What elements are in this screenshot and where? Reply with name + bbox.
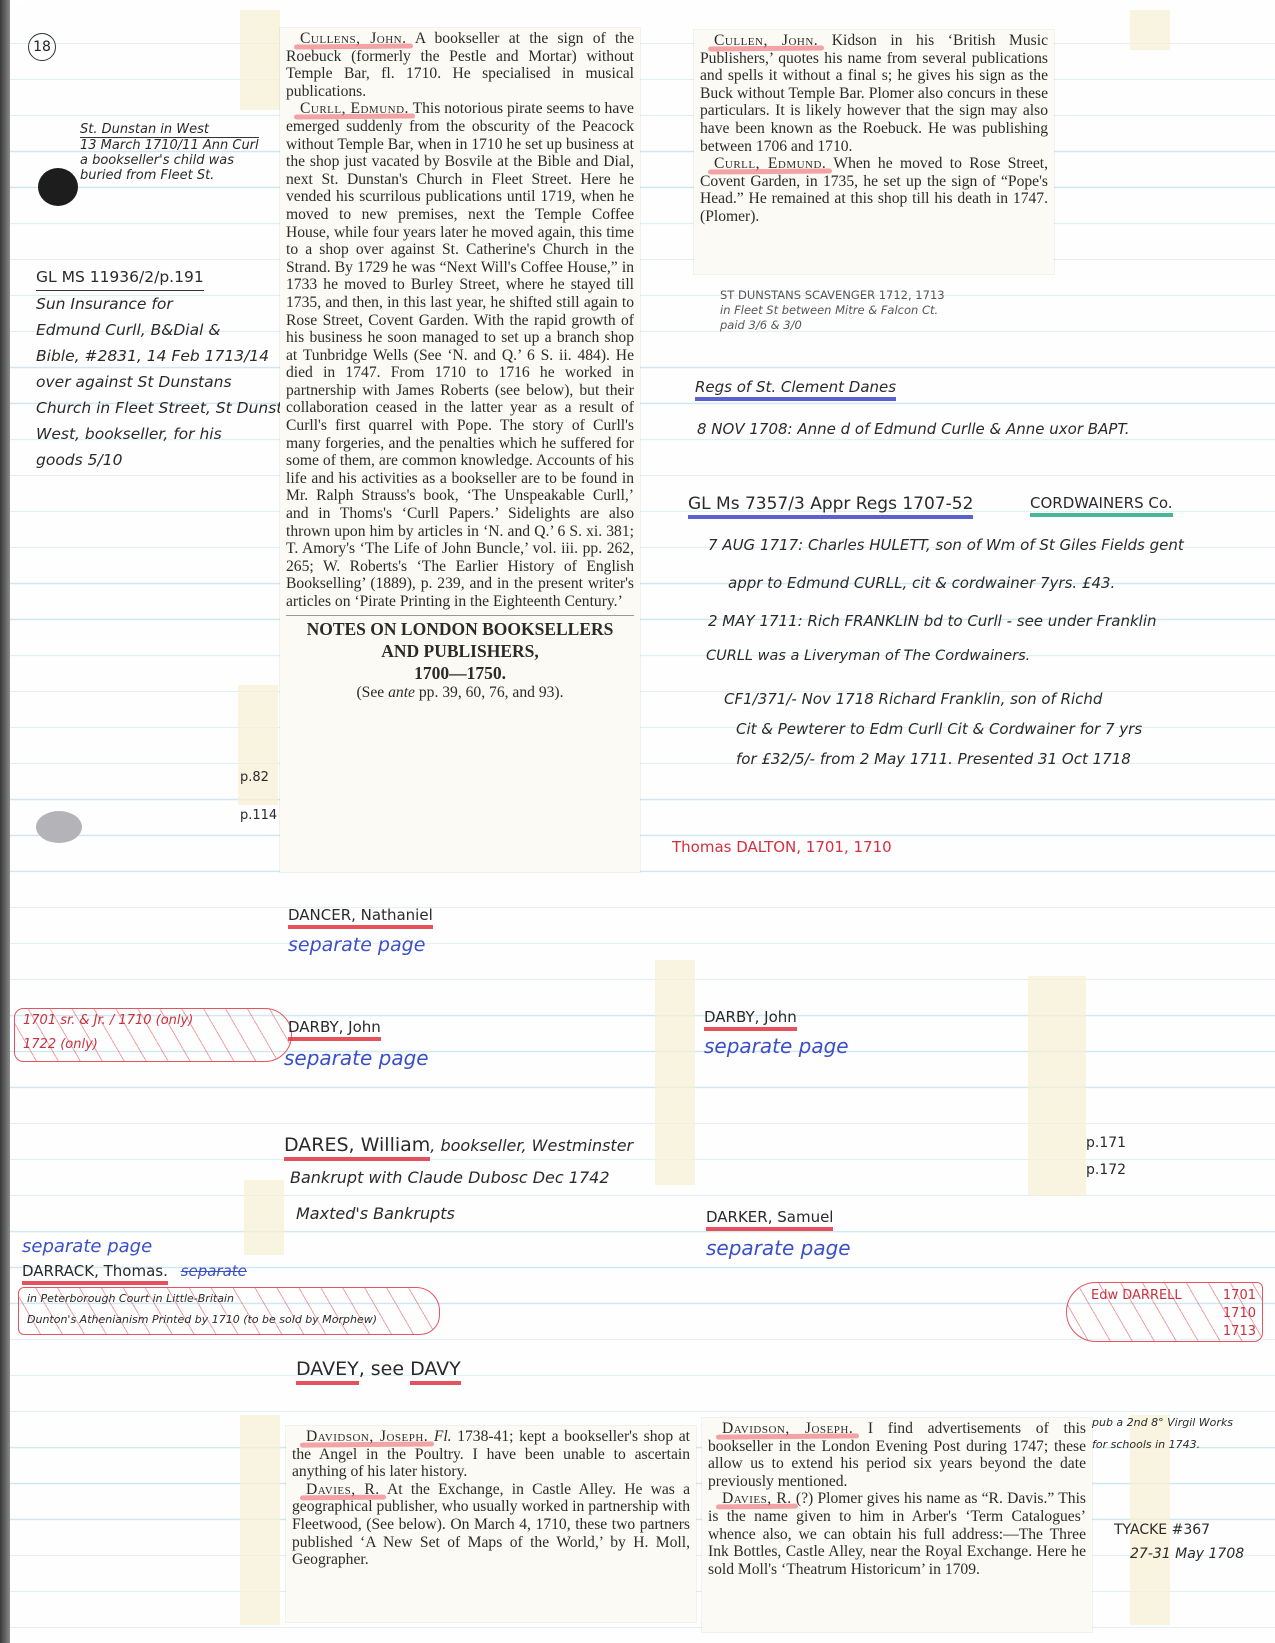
note-line: 13 March 1710/11 Ann Curl [80, 138, 259, 153]
entry-darby-note: separate page [284, 1046, 429, 1070]
note-line: 1722 (only) [23, 1033, 291, 1057]
tape-strip [240, 10, 280, 110]
entry-name: Davidson, Joseph. [722, 1420, 853, 1437]
entry-darby-right-note: separate page [704, 1034, 849, 1058]
see-ante: (See ante pp. 39, 60, 76, and 93). [286, 684, 634, 702]
entry-darby-name: DARBY, John [288, 1018, 381, 1041]
entry-curll-2: Curll, Edmund. When he moved to Rose Str… [700, 155, 1048, 225]
entry-name: Cullen, John. [714, 32, 818, 49]
entry-davey: DAVEY, see DAVY [296, 1358, 461, 1380]
virgil-note: pub a 2nd 8° Virgil Works for schools in… [1092, 1412, 1233, 1456]
note-line: goods 5/10 [36, 447, 282, 473]
note-line: Sun Insurance for [36, 291, 282, 317]
tape-strip [238, 685, 278, 805]
note-line: in Fleet St between Mitre & Falcon Ct. [720, 303, 945, 318]
heading-line: AND PUBLISHERS, [286, 640, 634, 662]
scavenger-note: ST DUNSTANS SCAVENGER 1712, 1713 in Flee… [720, 288, 945, 333]
clipping-davidson-left: Davidson, Joseph. Fl. 1738-41; kept a bo… [286, 1426, 696, 1622]
note-line: 27-31 May 1708 [1130, 1542, 1244, 1566]
entry-davidson: Davidson, Joseph. Fl. 1738-41; kept a bo… [292, 1428, 690, 1481]
see-text: , see [359, 1358, 410, 1380]
appr-line: CURLL was a Liveryman of The Cordwainers… [706, 648, 1030, 664]
entry-name: Cullens, John. [300, 30, 407, 47]
page-number: 18 [28, 33, 56, 61]
entry-dares-suffix: , bookseller, Westminster [430, 1136, 633, 1155]
appr-line: appr to Edmund CURLL, cit & cordwainer 7… [728, 574, 1115, 592]
burial-note: St. Dunstan in West 13 March 1710/11 Ann… [80, 122, 259, 183]
note-line: buried from Fleet St. [80, 168, 259, 183]
appr-heading: GL Ms 7357/3 Appr Regs 1707-52 [688, 494, 973, 519]
page-ref: p.82 [240, 770, 269, 785]
note-line: Dunton's Athenianism Printed by 1710 (to… [27, 1309, 439, 1330]
dares-line: Bankrupt with Claude Dubosc Dec 1742 [290, 1168, 610, 1187]
tyacke-note: TYACKE #367 27-31 May 1708 [1114, 1518, 1244, 1566]
entry-name: Davies, R. [722, 1490, 792, 1507]
entry-cullens: Cullens, John. A bookseller at the sign … [286, 30, 634, 100]
note-line: Bible, #2831, 14 Feb 1713/14 [36, 343, 282, 369]
company-label: CORDWAINERS Co. [1030, 494, 1173, 517]
heading-line: 1700—1750. [286, 662, 634, 684]
burial-note-heading: St. Dunstan in West [80, 122, 259, 138]
note-line: 1701 sr. & Jr. / 1710 (only) [23, 1009, 291, 1033]
entry-name: Curll, Edmund. [714, 155, 826, 172]
entry-darrack-name: DARRACK, Thomas. [22, 1262, 168, 1285]
appr-line: 7 AUG 1717: Charles HULETT, son of Wm of… [708, 536, 1184, 554]
punch-hole [38, 168, 78, 206]
note-line: Cit & Pewterer to Edm Curll Cit & Cordwa… [736, 714, 1142, 744]
note-line: over against St Dunstans [36, 369, 282, 395]
section-heading: NOTES ON LONDON BOOKSELLERS AND PUBLISHE… [286, 615, 634, 702]
see-ante-prefix: (See [356, 684, 388, 701]
clipping-curll-main: Cullens, John. A bookseller at the sign … [280, 28, 640, 872]
entry-name: Davies, R. [306, 1481, 380, 1498]
entry-dares: DARES, William, bookseller, Westminster [284, 1134, 633, 1156]
entry-name: Curll, Edmund. [300, 100, 409, 117]
notebook-page [10, 0, 1275, 1643]
note-line: Church in Fleet Street, St Dunst [36, 395, 282, 421]
tape-strip [244, 1180, 284, 1255]
darrell-year: 1713 [1223, 1323, 1256, 1341]
regs-entry: 8 NOV 1708: Anne d of Edmund Curlle & An… [697, 420, 1130, 438]
clipping-cullen: Cullen, John. Kidson in his ‘British Mus… [694, 30, 1054, 274]
note-line: for schools in 1743. [1092, 1434, 1233, 1456]
entry-text: This notorious pirate seems to have emer… [286, 100, 634, 610]
note-line: West, bookseller, for his [36, 421, 282, 447]
darby-hatched-note: 1701 sr. & Jr. / 1710 (only) 1722 (only) [14, 1008, 292, 1062]
tape-strip [1130, 10, 1170, 50]
darrell-year: 1710 [1223, 1305, 1256, 1323]
punch-hole [36, 811, 82, 843]
insurance-note: GL MS 11936/2/p.191 Sun Insurance for Ed… [36, 264, 282, 473]
page-ref: p.171 [1086, 1135, 1126, 1151]
darrack-hatched-note: in Peterborough Court in Little-Britain … [18, 1287, 440, 1335]
entry-davies: Davies, R. At the Exchange, in Castle Al… [292, 1481, 690, 1569]
entry-davies-2: Davies, R. (?) Plomer gives his name as … [708, 1490, 1086, 1578]
entry-davidson-2: Davidson, Joseph. I find advertisements … [708, 1420, 1086, 1490]
note-line: paid 3/6 & 3/0 [720, 318, 945, 333]
see-ante-italic: ante [388, 684, 415, 701]
note-line: in Peterborough Court in Little-Britain [27, 1288, 439, 1309]
appr-line: 2 MAY 1711: Rich FRANKLIN bd to Curll - … [708, 612, 1157, 630]
tape-strip [1028, 976, 1086, 1196]
note-line: ST DUNSTANS SCAVENGER 1712, 1713 [720, 288, 945, 303]
dalton-note: Thomas DALTON, 1701, 1710 [672, 838, 892, 856]
see-ante-suffix: pp. 39, 60, 76, and 93). [415, 684, 564, 701]
entry-davey-target: DAVY [410, 1358, 461, 1385]
note-line: for £32/5/- from 2 May 1711. Presented 3… [736, 744, 1142, 774]
entry-curll: Curll, Edmund. This notorious pirate see… [286, 100, 634, 610]
entry-dancer-name: DANCER, Nathaniel [288, 906, 433, 929]
page-ref: p.172 [1086, 1162, 1126, 1178]
entry-darker-note: separate page [706, 1236, 851, 1260]
note-line: a bookseller's child was [80, 153, 259, 168]
note-line: Edmund Curll, B&Dial & [36, 317, 282, 343]
entry-cullen: Cullen, John. Kidson in his ‘British Mus… [700, 32, 1048, 155]
entry-dancer-note: separate page [288, 934, 425, 956]
note-line: CF1/371/- Nov 1718 Richard Franklin, son… [724, 684, 1142, 714]
regs-heading: Regs of St. Clement Danes [695, 378, 896, 401]
page-ref: p.114 [240, 808, 277, 823]
tape-strip [240, 1415, 280, 1625]
note-line: pub a 2nd 8° Virgil Works [1092, 1412, 1233, 1434]
cf-note: CF1/371/- Nov 1718 Richard Franklin, son… [724, 684, 1142, 774]
struck-text: separate [181, 1262, 247, 1280]
darrell-name: Edw DARRELL [1091, 1287, 1182, 1305]
darrack-note-above: separate page [22, 1236, 152, 1257]
binder-edge [0, 0, 10, 1643]
entry-darker-name: DARKER, Samuel [706, 1208, 833, 1231]
entry-darrack: DARRACK, Thomas. separate [22, 1262, 247, 1280]
entry-name: Davidson, Joseph. [306, 1428, 428, 1445]
dares-line: Maxted's Bankrupts [296, 1204, 455, 1223]
darrell-hatched-note: Edw DARRELL 1701 1710 1713 [1066, 1282, 1263, 1342]
tape-strip [655, 960, 695, 1185]
entry-darby-right-name: DARBY, John [704, 1008, 797, 1031]
heading-line: NOTES ON LONDON BOOKSELLERS [286, 618, 634, 640]
darrell-year: 1701 [1223, 1287, 1256, 1305]
entry-dares-name: DARES, William [284, 1134, 430, 1161]
insurance-note-heading: GL MS 11936/2/p.191 [36, 264, 204, 291]
entry-davey-name: DAVEY [296, 1358, 359, 1385]
clipping-davidson-right: Davidson, Joseph. I find advertisements … [702, 1418, 1092, 1632]
note-line: TYACKE #367 [1114, 1518, 1244, 1542]
